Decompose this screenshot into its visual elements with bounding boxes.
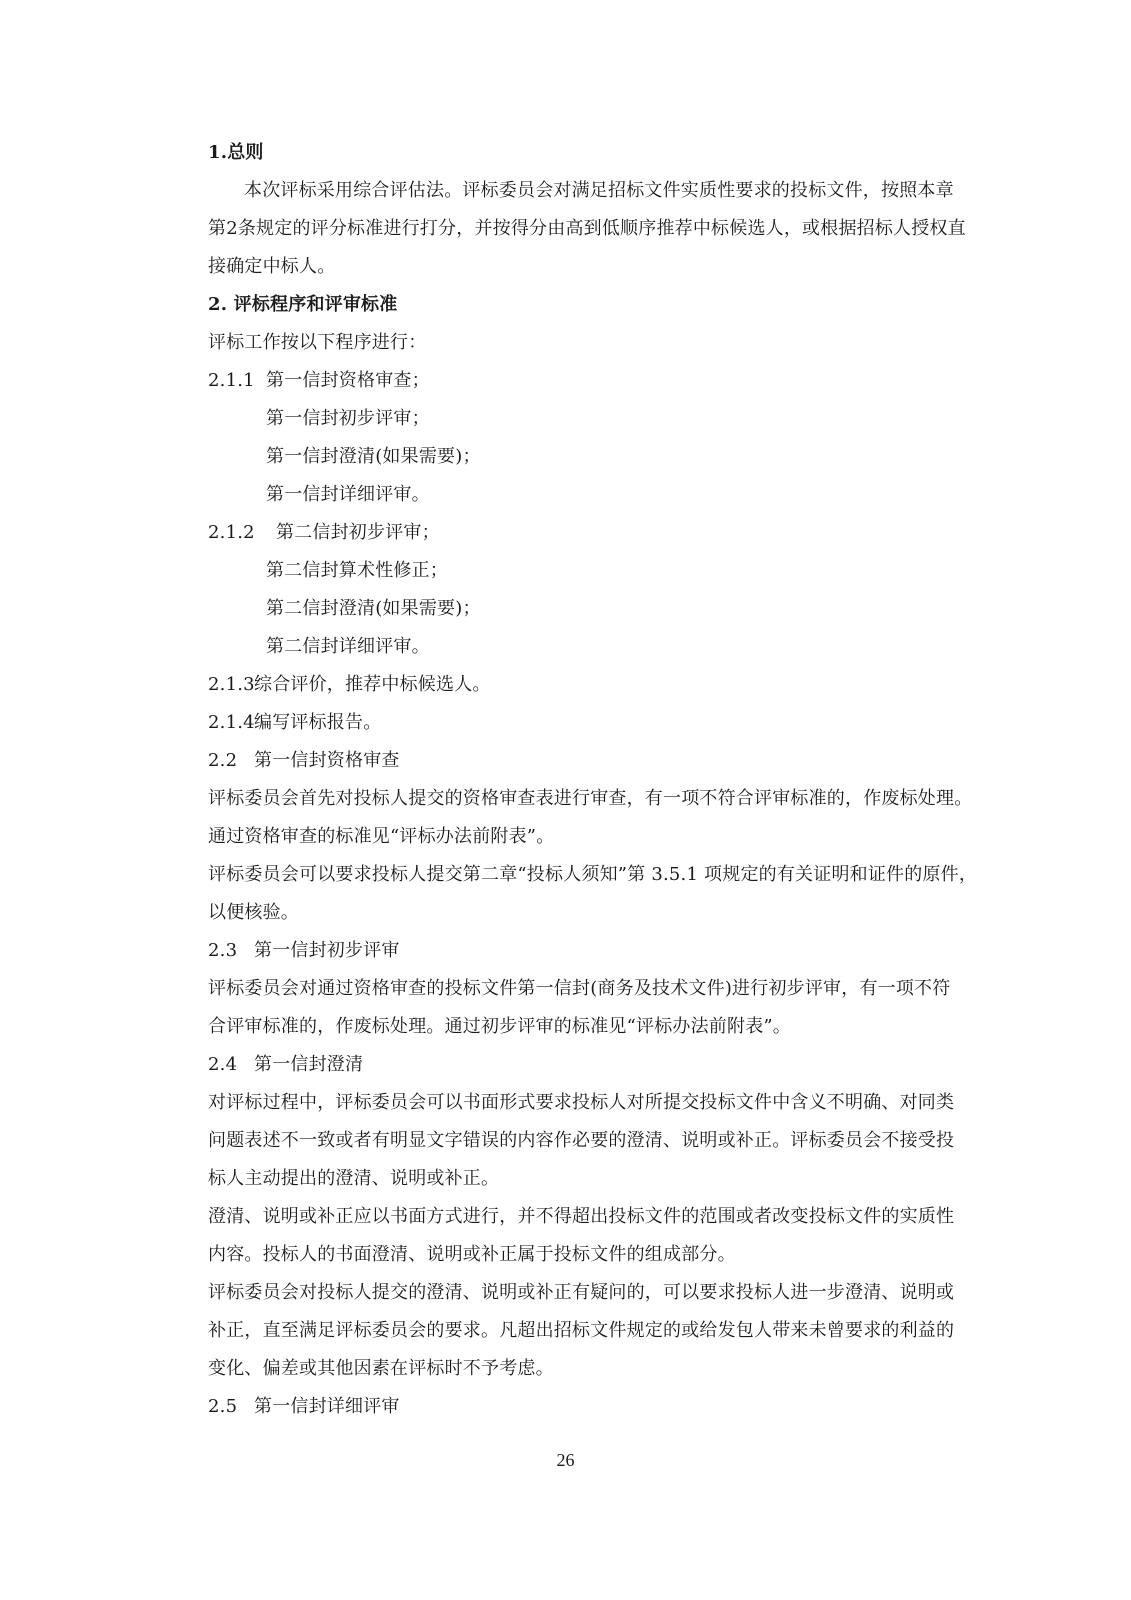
paragraph-line: 本次评标采用综合评估法。评标委员会对满足招标文件实质性要求的投标文件，按照本章 [208,172,1018,210]
paragraph-line: 内容。投标人的书面澄清、说明或补正属于投标文件的组成部分。 [208,1236,1018,1274]
subsection-heading-2-2: 2.2第一信封资格审查 [208,742,1018,780]
page-number: 26 [0,1450,1131,1471]
section-title: 第一信封详细评审 [254,1396,400,1417]
step-text: 编写评标报告。 [254,712,381,733]
procedure-step-2-1-3: 2.1.3综合评价，推荐中标候选人。 [208,666,1018,704]
paragraph-line: 第2条规定的评分标准进行打分，并按得分由高到低顺序推荐中标候选人，或根据招标人授… [208,210,1018,248]
section-number: 2.2 [208,742,254,780]
paragraph-line: 以便核验。 [208,894,1018,932]
paragraph-line: 评标委员会首先对投标人提交的资格审查表进行审查，有一项不符合评审标准的，作废标处… [208,780,1018,818]
procedure-step-2-1-2: 2.1.2第二信封初步评审； [208,514,1018,552]
procedure-step-2-1-4: 2.1.4编写评标报告。 [208,704,1018,742]
step-item: 第二信封详细评审。 [208,628,1018,666]
step-item: 第二信封澄清(如果需要)； [208,590,1018,628]
step-number: 2.1.3 [208,666,254,704]
step-text: 综合评价，推荐中标候选人。 [254,674,491,695]
subsection-heading-2-4: 2.4第一信封澄清 [208,1046,1018,1084]
paragraph-line: 通过资格审查的标准见“评标办法前附表”。 [208,818,1018,856]
section-number: 2.5 [208,1388,254,1426]
step-item: 第二信封初步评审； [276,522,440,543]
step-item: 第一信封详细评审。 [208,476,1018,514]
procedure-step-2-1-1: 2.1.1第一信封资格审查； [208,362,1018,400]
step-item: 第一信封澄清(如果需要)； [208,438,1018,476]
section-title: 第一信封初步评审 [254,940,400,961]
paragraph-line: 补正，直至满足评标委员会的要求。凡超出招标文件规定的或给发包人带来未曾要求的利益… [208,1312,1018,1350]
paragraph-line: 评标委员会可以要求投标人提交第二章“投标人须知”第 3.5.1 项规定的有关证明… [208,856,1018,894]
step-number: 2.1.2 [208,514,276,552]
paragraph-line: 合评审标准的，作废标处理。通过初步评审的标准见“评标办法前附表”。 [208,1008,1018,1046]
paragraph-line: 标人主动提出的澄清、说明或补正。 [208,1160,1018,1198]
paragraph-line: 问题表述不一致或者有明显文字错误的内容作必要的澄清、说明或补正。评标委员会不接受… [208,1122,1018,1160]
step-item: 第二信封算术性修正； [208,552,1018,590]
paragraph-line: 评标工作按以下程序进行： [208,324,1018,362]
section-title: 第一信封资格审查 [254,750,400,771]
subsection-heading-2-3: 2.3第一信封初步评审 [208,932,1018,970]
paragraph-line: 变化、偏差或其他因素在评标时不予考虑。 [208,1350,1018,1388]
step-number: 2.1.1 [208,362,266,400]
step-item: 第一信封资格审查； [266,370,430,391]
paragraph-line: 评标委员会对通过资格审查的投标文件第一信封(商务及技术文件)进行初步评审，有一项… [208,970,1018,1008]
document-body: 1.总则 本次评标采用综合评估法。评标委员会对满足招标文件实质性要求的投标文件，… [208,134,1018,1426]
paragraph-line: 评标委员会对投标人提交的澄清、说明或补正有疑问的，可以要求投标人进一步澄清、说明… [208,1274,1018,1312]
paragraph-line: 接确定中标人。 [208,248,1018,286]
step-item: 第一信封初步评审； [208,400,1018,438]
paragraph-line: 澄清、说明或补正应以书面方式进行，并不得超出投标文件的范围或者改变投标文件的实质… [208,1198,1018,1236]
paragraph-line: 对评标过程中，评标委员会可以书面形式要求投标人对所提交投标文件中含义不明确、对同… [208,1084,1018,1122]
section-heading-general: 1.总则 [208,134,1018,172]
section-number: 2.4 [208,1046,254,1084]
section-title: 第一信封澄清 [254,1054,363,1075]
subsection-heading-2-5: 2.5第一信封详细评审 [208,1388,1018,1426]
section-number: 2.3 [208,932,254,970]
step-number: 2.1.4 [208,704,254,742]
document-page: 1.总则 本次评标采用综合评估法。评标委员会对满足招标文件实质性要求的投标文件，… [0,0,1131,1600]
section-heading-procedure: 2. 评标程序和评审标准 [208,286,1018,324]
